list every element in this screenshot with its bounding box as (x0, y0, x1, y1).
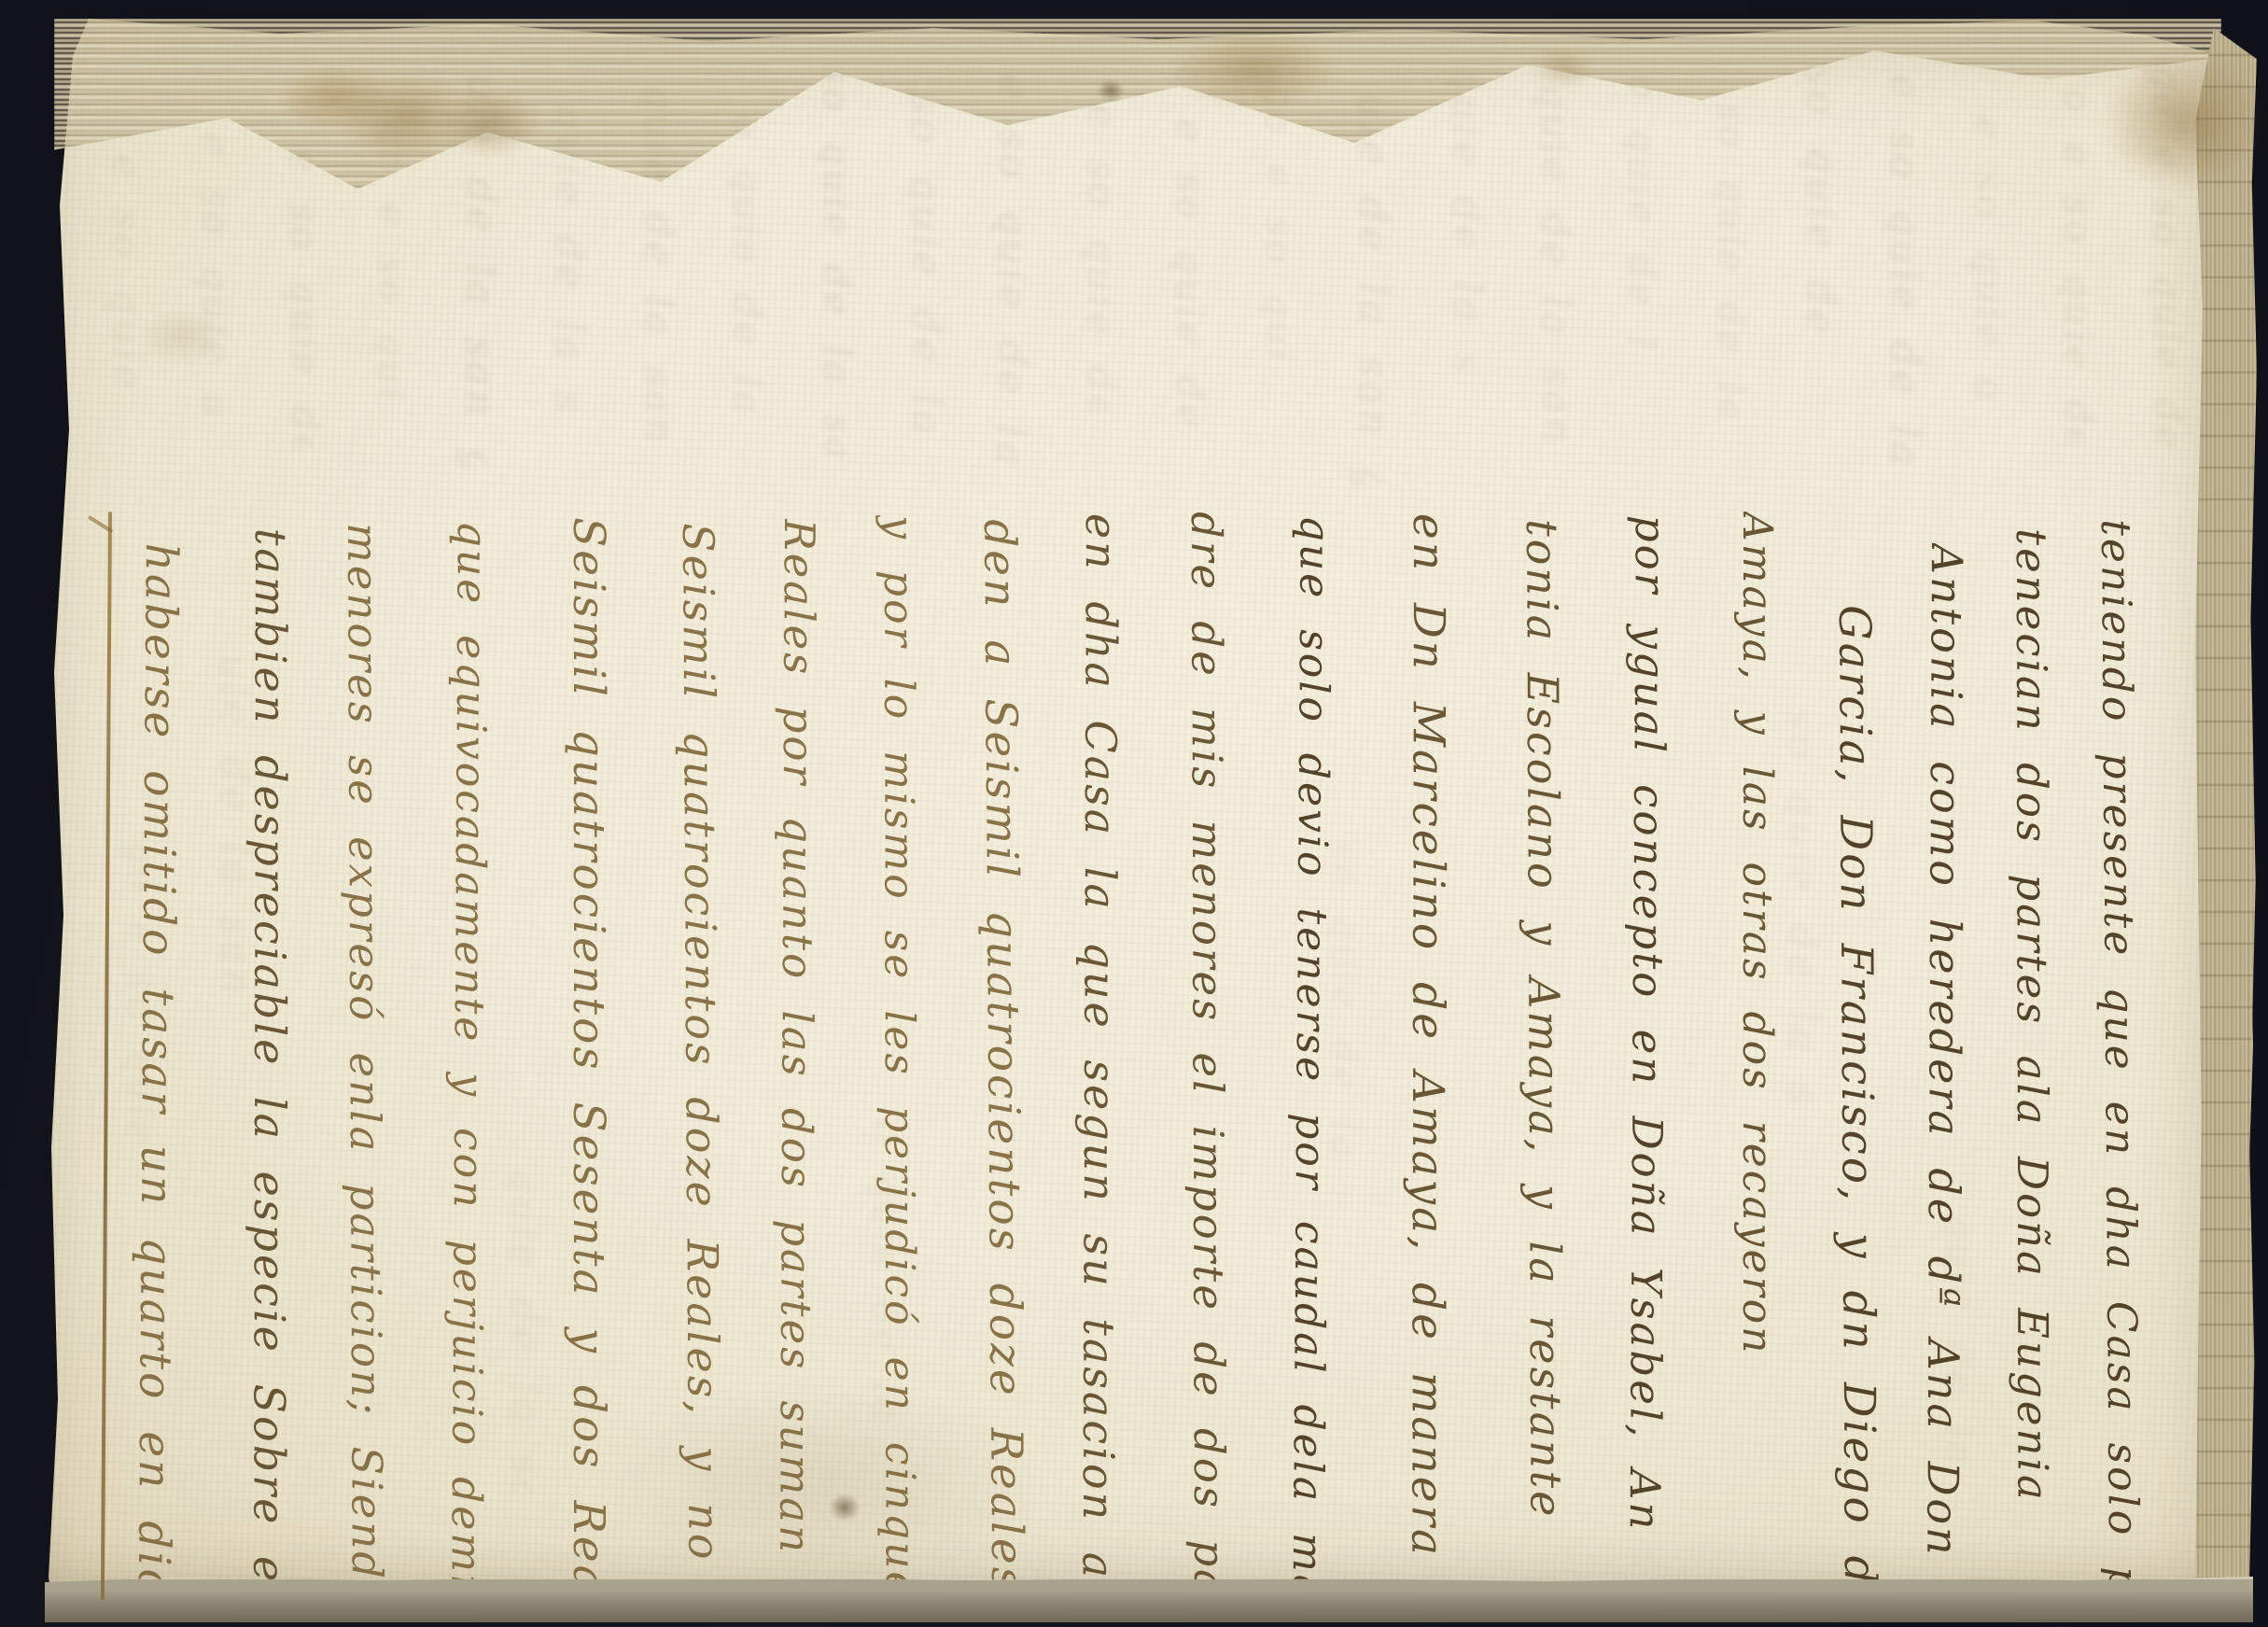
scan-background: go e so quie de la san ge vio en do se r… (0, 0, 2268, 1627)
manuscript-line: Seismil quatrocientos doze Reales, y no (663, 523, 735, 1579)
show-through-text: o e so quie de la san ge vio en do se ra (273, 95, 331, 450)
manuscript-line: Amaya, y las otras dos recayeron (1721, 512, 1786, 1579)
show-through-text: so quie de la san ge vio en do se ra mi (805, 65, 863, 467)
show-through-text: go e so quie de la san ge vio en do se r (1249, 84, 1305, 364)
manuscript-line: haberse omitido tasar un quarto en dicha (118, 542, 190, 1578)
show-through-text: e so quie de la san ge vio en do se ra (185, 133, 242, 413)
manuscript-line: por ygual concepto en Doña Ysabel, An (1608, 515, 1680, 1579)
show-through-text: e so quie de la san ge vio en do se ra m (96, 154, 153, 397)
book-gutter-edge (45, 1576, 2253, 1622)
show-through-text: so quie de la san ge vio en do se ra mi (1700, 103, 1757, 439)
show-through-text: e so quie de la san ge vio en do se ra m (1874, 75, 1930, 476)
manuscript-line: Seismil quatrocientos Sesenta y dos Real… (553, 517, 618, 1579)
show-through-text: e so quie de la san ge vio en do se ra m (980, 75, 1039, 467)
manuscript-line: en dha Casa la que segun su tasacion asc… (1063, 513, 1131, 1579)
show-through-text: go e so quie de la san ge vio en do se r (2135, 65, 2194, 457)
manuscript-line: Antonia como heredera de dª Ana Don (1907, 543, 1977, 1579)
show-through-text: quie de la san ge vio en do se ra mi en (1435, 65, 1492, 373)
show-through-text: uie de la san ge vio en do se ra mi en t (449, 75, 507, 467)
show-through-text: e so quie de la san ge vio en do se ra (1958, 117, 2015, 397)
show-through-text: e so quie de la san ge vio en do se ra (1071, 105, 1127, 413)
show-through-text: quie de la san ge vio en do se ra mi en (539, 105, 595, 413)
show-through-text: quie de la san ge vio en do se ra mi en (1524, 84, 1582, 439)
show-through-text: o quie de la san ge vio en do se ra mi e (717, 114, 774, 422)
manuscript-line: Reales por quanto las dos partes suman (759, 519, 829, 1579)
manuscript-line: den a Seismil quatrocientos doze Reales (963, 519, 1036, 1579)
manuscript-line: tenecian dos partes ala Doña Eugenia (1995, 528, 2063, 1579)
ink-stain (1531, 47, 1596, 89)
book-fore-edge (2195, 28, 2257, 1579)
show-through-text: quie de la san ge vio en do se ra mi en (628, 84, 684, 457)
manuscript-line: teniendo presente que en dha Casa solo p… (2079, 519, 2152, 1579)
show-through-text: uie de la san ge vio en do se ra mi en t (1342, 93, 1399, 485)
show-through-text: go e so quie de la san ge vio en do se r (360, 123, 418, 403)
show-through-text: so quie de la san ge vio en do se ra mi (894, 93, 952, 429)
manuscript-line: Garcia, Don Francisco, y dn Diego de (1818, 605, 1889, 1579)
manuscript-line: tambien despreciable la especie Sobre el (233, 528, 301, 1579)
manuscript-line: en Dn Marcelino de Amaya, de manera (1391, 513, 1458, 1579)
manuscript-line: tonia Escolano y Amaya, y la restante (1506, 519, 1576, 1579)
manuscript-line: menores se expresó enla particion; Siend… (327, 523, 397, 1579)
show-through-text: so quie de la san ge vio en do se ra mi (1789, 65, 1846, 345)
show-through-text: o e so quie de la san ge vio en do se ra (1159, 65, 1216, 439)
ink-stain (1097, 79, 1125, 102)
manuscript-line: que solo devio tenerse por caudal dela m… (1271, 514, 1344, 1578)
show-through-text: o quie de la san ge vio en do se ra mi e (1611, 75, 1669, 355)
manuscript-line: dre de mis menores el importe de dos par (1170, 512, 1239, 1579)
manuscript-line: que equivocadamente y con perjuicio demi… (429, 521, 501, 1579)
manuscript-line: y por lo mismo se les perjudicó en cinqu… (862, 515, 930, 1579)
show-through-text: quie de la san ge vio en do se ra mi en (493, 1167, 551, 1494)
show-through-text: o e so quie de la san ge vio en do se ra (2047, 89, 2105, 443)
